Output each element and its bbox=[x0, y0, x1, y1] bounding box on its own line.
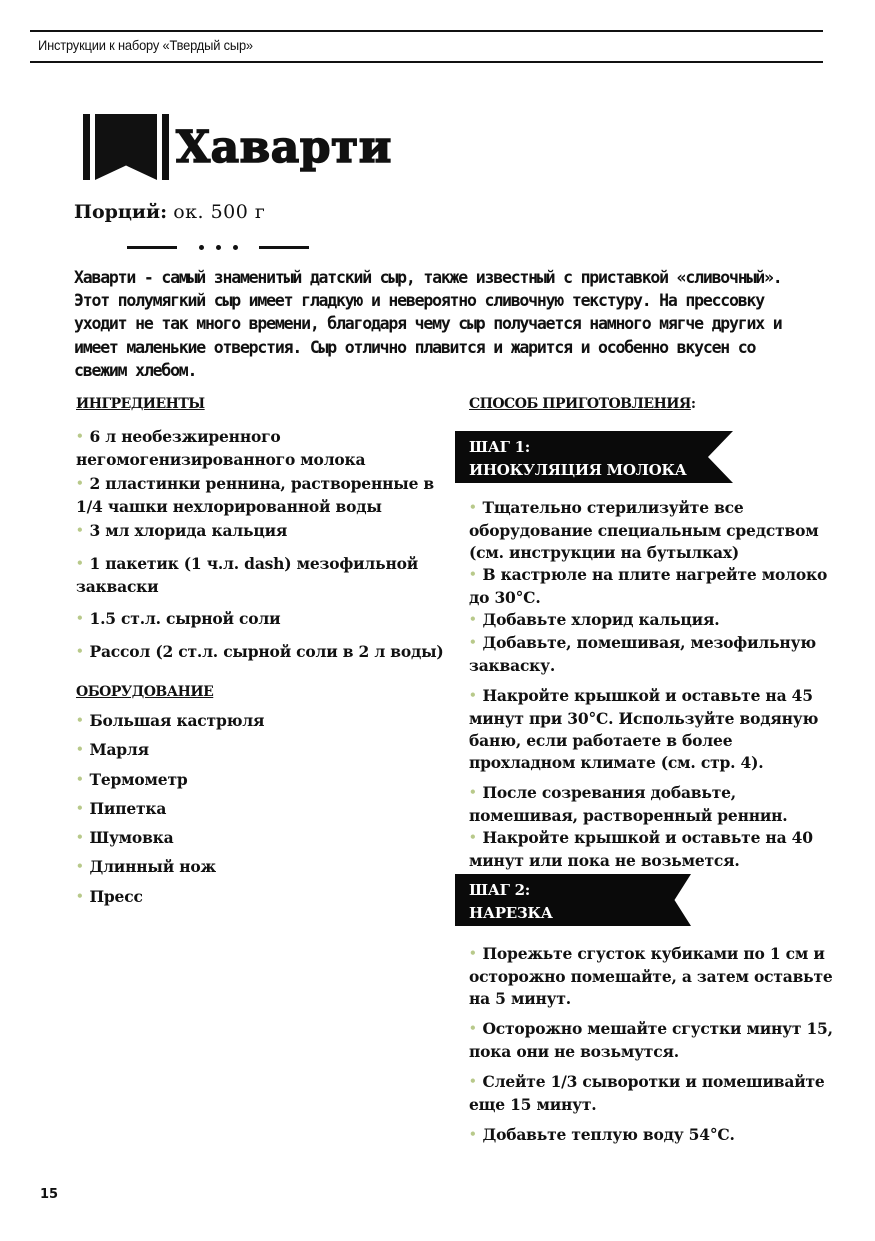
list-item: •Накройте крышкой и оставьте на 45 минут… bbox=[469, 685, 839, 774]
bullet-icon: • bbox=[469, 612, 476, 626]
bullet-icon: • bbox=[76, 742, 83, 756]
step-1-label: ШАГ 1: bbox=[469, 436, 733, 459]
list-item: •Марля bbox=[76, 739, 446, 762]
list-item: •Термометр bbox=[76, 769, 446, 792]
list-item: •Рассол (2 ст.л. сырной соли в 2 л воды) bbox=[76, 641, 446, 664]
step-1-list: •Тщательно стерилизуйте все оборудование… bbox=[469, 497, 839, 872]
list-item: •Добавьте, помешивая, мезофильную заквас… bbox=[469, 632, 839, 677]
bullet-icon: • bbox=[76, 713, 83, 727]
list-item: •В кастрюле на плите нагрейте молоко до … bbox=[469, 564, 839, 609]
method-heading: СПОСОБ ПРИГОТОВЛЕНИЯ: bbox=[469, 396, 839, 412]
list-item: •Пресс bbox=[76, 886, 446, 909]
list-item: •3 мл хлорида кальция bbox=[76, 520, 446, 543]
bullet-icon: • bbox=[76, 429, 83, 443]
bullet-icon: • bbox=[469, 830, 476, 844]
list-item: •6 л необезжиренного негомогенизированно… bbox=[76, 426, 446, 471]
list-item: •Слейте 1/3 сыворотки и помешивайте еще … bbox=[469, 1071, 839, 1116]
list-item: •1 пакетик (1 ч.л. dash) мезофильной зак… bbox=[76, 553, 446, 598]
bullet-icon: • bbox=[76, 611, 83, 625]
equipment-heading: ОБОРУДОВАНИЕ bbox=[76, 684, 446, 700]
list-item: •Порежьте сгусток кубиками по 1 см и ост… bbox=[469, 943, 839, 1010]
bullet-icon: • bbox=[76, 859, 83, 873]
list-item: •2 пластинки реннина, растворенные в 1/4… bbox=[76, 473, 446, 518]
left-column: ИНГРЕДИЕНТЫ •6 л необезжиренного негомог… bbox=[76, 396, 446, 915]
bullet-icon: • bbox=[76, 772, 83, 786]
header-rule-bottom bbox=[30, 61, 823, 63]
bullet-icon: • bbox=[76, 644, 83, 658]
bullet-icon: • bbox=[469, 1021, 476, 1035]
recipe-intro: Хаварти - самый знаменитый датский сыр, … bbox=[74, 266, 794, 382]
servings-value: ок. 500 г bbox=[173, 201, 265, 223]
bullet-icon: • bbox=[469, 500, 476, 514]
bullet-icon: • bbox=[76, 889, 83, 903]
bullet-icon: • bbox=[76, 830, 83, 844]
ingredients-list: •6 л необезжиренного негомогенизированно… bbox=[76, 426, 446, 664]
header-rule-top bbox=[30, 30, 823, 32]
bullet-icon: • bbox=[76, 476, 83, 490]
bullet-icon: • bbox=[76, 523, 83, 537]
bullet-icon: • bbox=[469, 946, 476, 960]
list-item: •Осторожно мешайте сгустки минут 15, пок… bbox=[469, 1018, 839, 1063]
servings: Порций: ок. 500 г bbox=[74, 201, 265, 223]
right-column: СПОСОБ ПРИГОТОВЛЕНИЯ: ШАГ 1: ИНОКУЛЯЦИЯ … bbox=[469, 396, 839, 1147]
step-2-banner: ШАГ 2: НАРЕЗКА bbox=[455, 874, 691, 926]
bullet-icon: • bbox=[469, 1074, 476, 1088]
list-item: •Тщательно стерилизуйте все оборудование… bbox=[469, 497, 839, 564]
step-1-name: ИНОКУЛЯЦИЯ МОЛОКА bbox=[469, 459, 733, 482]
step-2-list: •Порежьте сгусток кубиками по 1 см и ост… bbox=[469, 943, 839, 1147]
list-item: •1.5 ст.л. сырной соли bbox=[76, 608, 446, 631]
bullet-icon: • bbox=[76, 556, 83, 570]
running-title: Инструкции к набору «Твердый сыр» bbox=[38, 37, 253, 53]
bullet-icon: • bbox=[469, 785, 476, 799]
servings-label: Порций: bbox=[74, 201, 167, 223]
bullet-icon: • bbox=[469, 567, 476, 581]
list-item: •Накройте крышкой и оставьте на 40 минут… bbox=[469, 827, 839, 872]
bullet-icon: • bbox=[469, 688, 476, 702]
equipment-list: •Большая кастрюля •Марля •Термометр •Пип… bbox=[76, 710, 446, 909]
list-item: •Добавьте хлорид кальция. bbox=[469, 609, 839, 632]
page-number: 15 bbox=[40, 1187, 58, 1202]
list-item: •После созревания добавьте, помешивая, р… bbox=[469, 782, 839, 827]
list-item: •Шумовка bbox=[76, 827, 446, 850]
ornament-divider bbox=[127, 242, 309, 252]
step-1-banner: ШАГ 1: ИНОКУЛЯЦИЯ МОЛОКА bbox=[455, 431, 733, 483]
list-item: •Большая кастрюля bbox=[76, 710, 446, 733]
bullet-icon: • bbox=[76, 801, 83, 815]
bullet-icon: • bbox=[469, 635, 476, 649]
bullet-icon: • bbox=[469, 1127, 476, 1141]
list-item: •Длинный нож bbox=[76, 856, 446, 879]
ingredients-heading: ИНГРЕДИЕНТЫ bbox=[76, 396, 446, 412]
list-item: •Пипетка bbox=[76, 798, 446, 821]
list-item: •Добавьте теплую воду 54°С. bbox=[469, 1124, 839, 1147]
recipe-title: Хаварти bbox=[176, 122, 392, 173]
banner-flag-icon bbox=[80, 112, 172, 182]
step-2-name: НАРЕЗКА bbox=[469, 902, 691, 925]
step-2-label: ШАГ 2: bbox=[469, 879, 691, 902]
recipe-title-block: Хаварти bbox=[80, 112, 392, 182]
